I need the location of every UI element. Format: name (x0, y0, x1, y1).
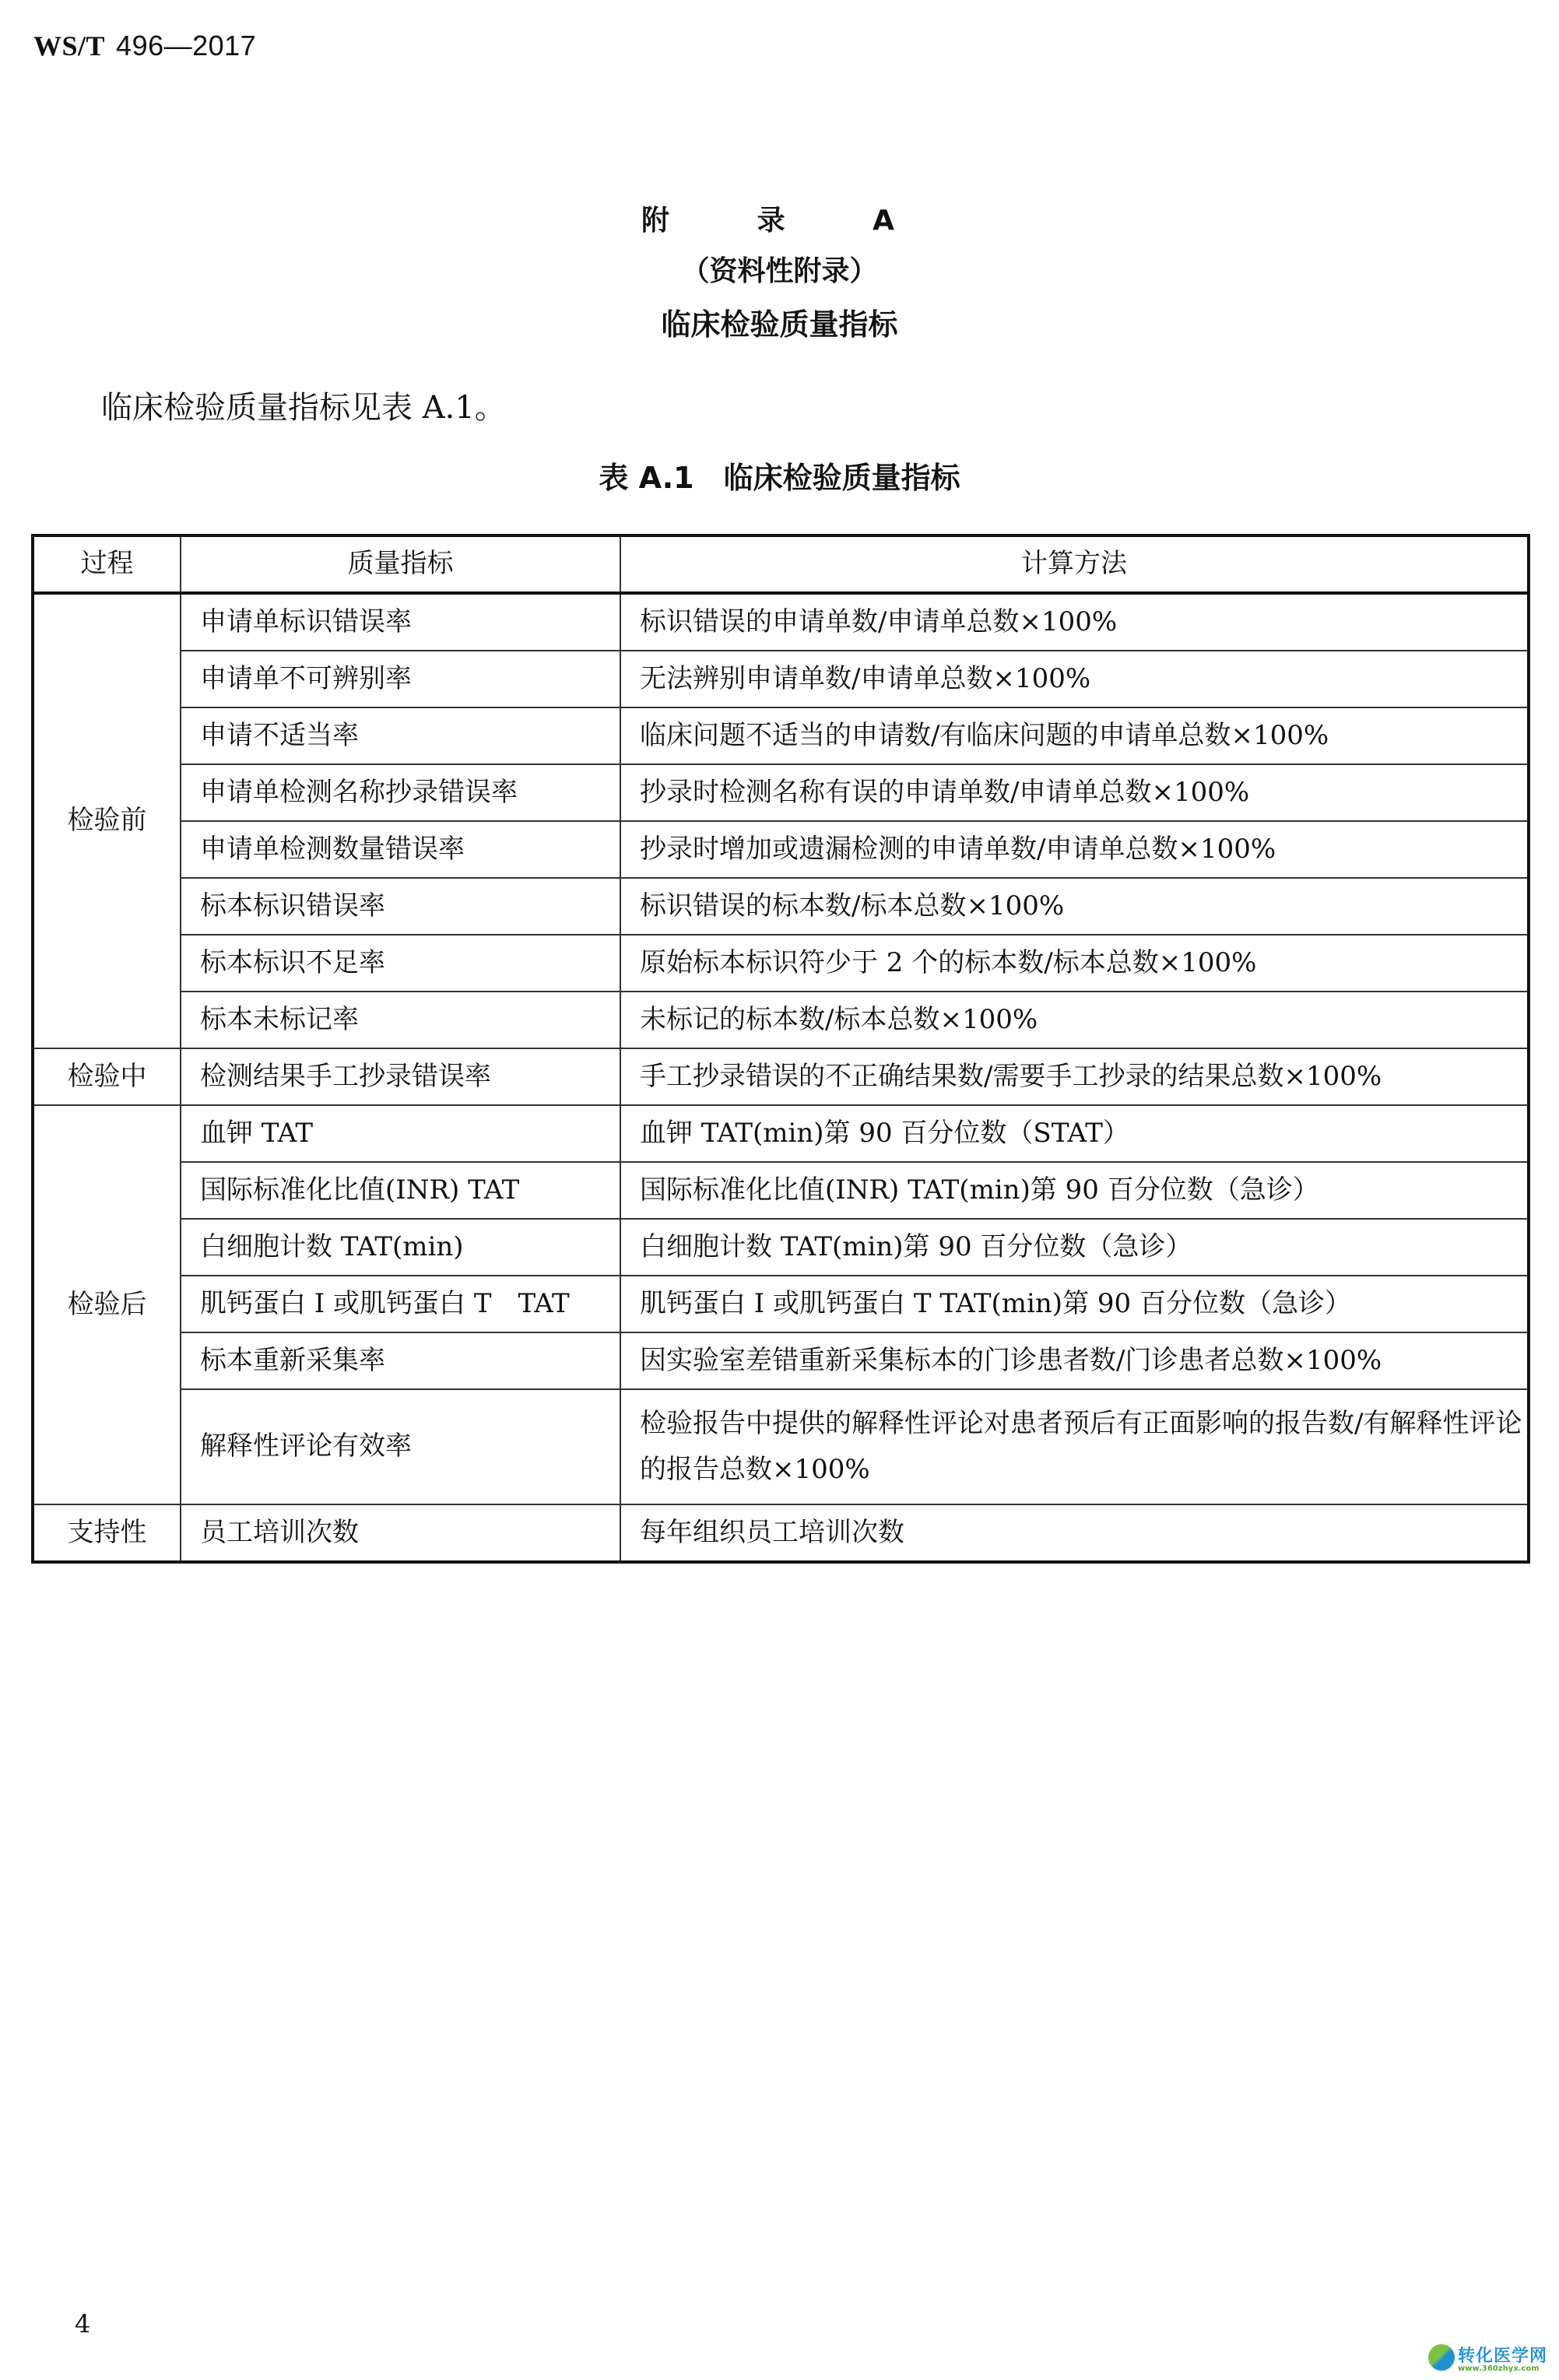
table-row: 申请单检测数量错误率 抄录时增加或遗漏检测的申请单数/申请单总数×100% (33, 821, 1529, 878)
indicator-cell: 申请单检测数量错误率 (181, 821, 620, 878)
indicator-cell: 标本重新采集率 (181, 1332, 620, 1389)
process-cell: 检验后 (33, 1105, 181, 1504)
quality-indicator-table: 过程 质量指标 计算方法 检验前 申请单标识错误率 标识错误的申请单数/申请单总… (31, 534, 1530, 1564)
indicator-cell: 标本标识不足率 (181, 935, 620, 992)
method-cell: 检验报告中提供的解释性评论对患者预后有正面影响的报告数/有解释性评论的报告总数×… (620, 1389, 1529, 1504)
indicator-cell: 员工培训次数 (181, 1504, 620, 1562)
method-cell: 标识错误的申请单数/申请单总数×100% (620, 593, 1529, 651)
annex-title: 附 录 A (0, 198, 1559, 238)
method-cell: 白细胞计数 TAT(min)第 90 百分位数（急诊） (620, 1219, 1529, 1276)
watermark-url: www.360zhyx.com (1458, 2364, 1540, 2373)
table-caption: 表 A.1 临床检验质量指标 (0, 454, 1559, 497)
header-process: 过程 (33, 535, 181, 593)
indicator-cell: 白细胞计数 TAT(min) (181, 1219, 620, 1276)
indicator-cell: 检测结果手工抄录错误率 (181, 1048, 620, 1105)
standard-code: WS/T496—2017 (33, 30, 256, 62)
method-cell: 标识错误的标本数/标本总数×100% (620, 878, 1529, 935)
header-method: 计算方法 (620, 535, 1529, 593)
method-cell: 无法辨别申请单数/申请单总数×100% (620, 651, 1529, 707)
table-row: 肌钙蛋白 I 或肌钙蛋白 T TAT 肌钙蛋白 I 或肌钙蛋白 T TAT(mi… (33, 1276, 1529, 1332)
method-cell: 抄录时检测名称有误的申请单数/申请单总数×100% (620, 764, 1529, 821)
table-row: 标本标识错误率 标识错误的标本数/标本总数×100% (33, 878, 1529, 935)
indicator-cell: 国际标准化比值(INR) TAT (181, 1162, 620, 1219)
watermark-logo: 转化医学网 www.360zhyx.com (1428, 2343, 1557, 2377)
standard-prefix: WS/T (33, 30, 105, 61)
leaf-logo-icon (1428, 2344, 1455, 2371)
table-row: 标本未标记率 未标记的标本数/标本总数×100% (33, 992, 1529, 1048)
method-cell: 因实验室差错重新采集标本的门诊患者数/门诊患者总数×100% (620, 1332, 1529, 1389)
watermark-name: 转化医学网 (1458, 2343, 1547, 2367)
method-cell: 未标记的标本数/标本总数×100% (620, 992, 1529, 1048)
table-row: 国际标准化比值(INR) TAT 国际标准化比值(INR) TAT(min)第 … (33, 1162, 1529, 1219)
method-cell: 血钾 TAT(min)第 90 百分位数（STAT） (620, 1105, 1529, 1162)
table-row: 解释性评论有效率 检验报告中提供的解释性评论对患者预后有正面影响的报告数/有解释… (33, 1389, 1529, 1504)
table-header-row: 过程 质量指标 计算方法 (33, 535, 1529, 593)
table-row: 标本标识不足率 原始标本标识符少于 2 个的标本数/标本总数×100% (33, 935, 1529, 992)
process-cell: 支持性 (33, 1504, 181, 1562)
header-indicator: 质量指标 (181, 535, 620, 593)
process-cell: 检验中 (33, 1048, 181, 1105)
table-row: 申请单不可辨别率 无法辨别申请单数/申请单总数×100% (33, 651, 1529, 707)
table-row: 检验后 血钾 TAT 血钾 TAT(min)第 90 百分位数（STAT） (33, 1105, 1529, 1162)
indicator-cell: 解释性评论有效率 (181, 1389, 620, 1504)
indicator-cell: 申请单检测名称抄录错误率 (181, 764, 620, 821)
method-cell: 每年组织员工培训次数 (620, 1504, 1529, 1562)
indicator-cell: 申请单不可辨别率 (181, 651, 620, 707)
table-row: 申请单检测名称抄录错误率 抄录时检测名称有误的申请单数/申请单总数×100% (33, 764, 1529, 821)
indicator-cell: 标本未标记率 (181, 992, 620, 1048)
process-cell: 检验前 (33, 593, 181, 1048)
method-cell: 原始标本标识符少于 2 个的标本数/标本总数×100% (620, 935, 1529, 992)
page-number: 4 (75, 2309, 90, 2339)
table-row: 检验前 申请单标识错误率 标识错误的申请单数/申请单总数×100% (33, 593, 1529, 651)
standard-number: 496—2017 (116, 30, 256, 61)
annex-type: （资料性附录） (0, 249, 1559, 289)
table-row: 申请不适当率 临床问题不适当的申请数/有临床问题的申请单总数×100% (33, 707, 1529, 764)
annex-name: 临床检验质量指标 (0, 300, 1559, 343)
indicator-cell: 申请单标识错误率 (181, 593, 620, 651)
method-cell: 肌钙蛋白 I 或肌钙蛋白 T TAT(min)第 90 百分位数（急诊） (620, 1276, 1529, 1332)
method-cell: 抄录时增加或遗漏检测的申请单数/申请单总数×100% (620, 821, 1529, 878)
table-row: 白细胞计数 TAT(min) 白细胞计数 TAT(min)第 90 百分位数（急… (33, 1219, 1529, 1276)
table-row: 支持性 员工培训次数 每年组织员工培训次数 (33, 1504, 1529, 1562)
indicator-cell: 申请不适当率 (181, 707, 620, 764)
table-row: 标本重新采集率 因实验室差错重新采集标本的门诊患者数/门诊患者总数×100% (33, 1332, 1529, 1389)
intro-paragraph: 临床检验质量指标见表 A.1。 (101, 383, 506, 427)
table-row: 检验中 检测结果手工抄录错误率 手工抄录错误的不正确结果数/需要手工抄录的结果总… (33, 1048, 1529, 1105)
method-cell: 临床问题不适当的申请数/有临床问题的申请单总数×100% (620, 707, 1529, 764)
indicator-cell: 血钾 TAT (181, 1105, 620, 1162)
indicator-cell: 标本标识错误率 (181, 878, 620, 935)
indicator-cell: 肌钙蛋白 I 或肌钙蛋白 T TAT (181, 1276, 620, 1332)
method-cell: 手工抄录错误的不正确结果数/需要手工抄录的结果总数×100% (620, 1048, 1529, 1105)
method-cell: 国际标准化比值(INR) TAT(min)第 90 百分位数（急诊） (620, 1162, 1529, 1219)
